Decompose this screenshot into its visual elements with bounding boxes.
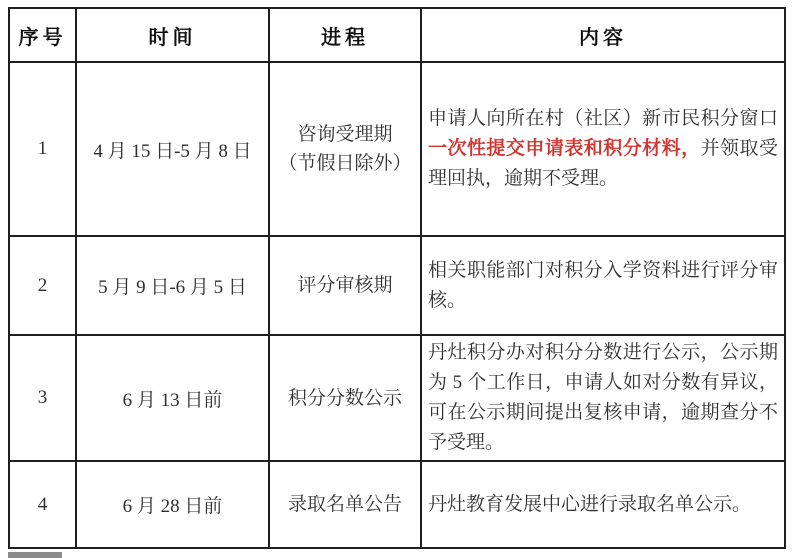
table-row: 4 6 月 28 日前 录取名单公告 丹灶教育发展中心进行录取名单公示。 [9,461,785,548]
page-background: 序号 时间 进程 内容 1 4 月 15 日-5 月 8 日 咨询受理期 （节假… [0,0,792,558]
cell-number: 4 [9,461,76,548]
cell-process: 评分审核期 [269,236,421,335]
content-highlight-red: 一次性提交申请表和积分材料， [428,138,701,159]
header-cell-number: 序号 [9,8,76,62]
cell-number: 3 [9,335,76,461]
cell-content: 相关职能部门对积分入学资料进行评分审核。 [421,236,785,335]
cell-time: 5 月 9 日-6 月 5 日 [76,236,269,335]
header-cell-content: 内容 [421,8,785,62]
process-line-2: （节假日除外） [276,149,414,178]
header-cell-time: 时间 [76,8,269,62]
cell-process: 咨询受理期 （节假日除外） [269,62,421,236]
cell-number: 2 [9,236,76,335]
cell-time: 4 月 15 日-5 月 8 日 [76,62,269,236]
cell-time: 6 月 13 日前 [76,335,269,461]
cell-number: 1 [9,62,76,236]
table-row: 1 4 月 15 日-5 月 8 日 咨询受理期 （节假日除外） 申请人向所在村… [9,62,785,236]
table-row: 3 6 月 13 日前 积分分数公示 丹灶积分办对积分分数进行公示，公示期为 5… [9,335,785,461]
table-row: 2 5 月 9 日-6 月 5 日 评分审核期 相关职能部门对积分入学资料进行评… [9,236,785,335]
table-header-row: 序号 时间 进程 内容 [9,8,785,62]
cell-content: 丹灶教育发展中心进行录取名单公示。 [421,461,785,548]
content-text: 申请人向所在村（社区）新市民积分窗口 [428,108,778,129]
cell-time: 6 月 28 日前 [76,461,269,548]
cell-content: 丹灶积分办对积分分数进行公示，公示期为 5 个工作日，申请人如对分数有异议，可在… [421,335,785,461]
cell-process: 录取名单公告 [269,461,421,548]
header-cell-process: 进程 [269,8,421,62]
cropped-next-element-fragment [8,552,62,558]
schedule-table: 序号 时间 进程 内容 1 4 月 15 日-5 月 8 日 咨询受理期 （节假… [8,7,786,549]
cell-process: 积分分数公示 [269,335,421,461]
cell-content: 申请人向所在村（社区）新市民积分窗口一次性提交申请表和积分材料，并领取受理回执，… [421,62,785,236]
process-line-1: 咨询受理期 [276,120,414,149]
